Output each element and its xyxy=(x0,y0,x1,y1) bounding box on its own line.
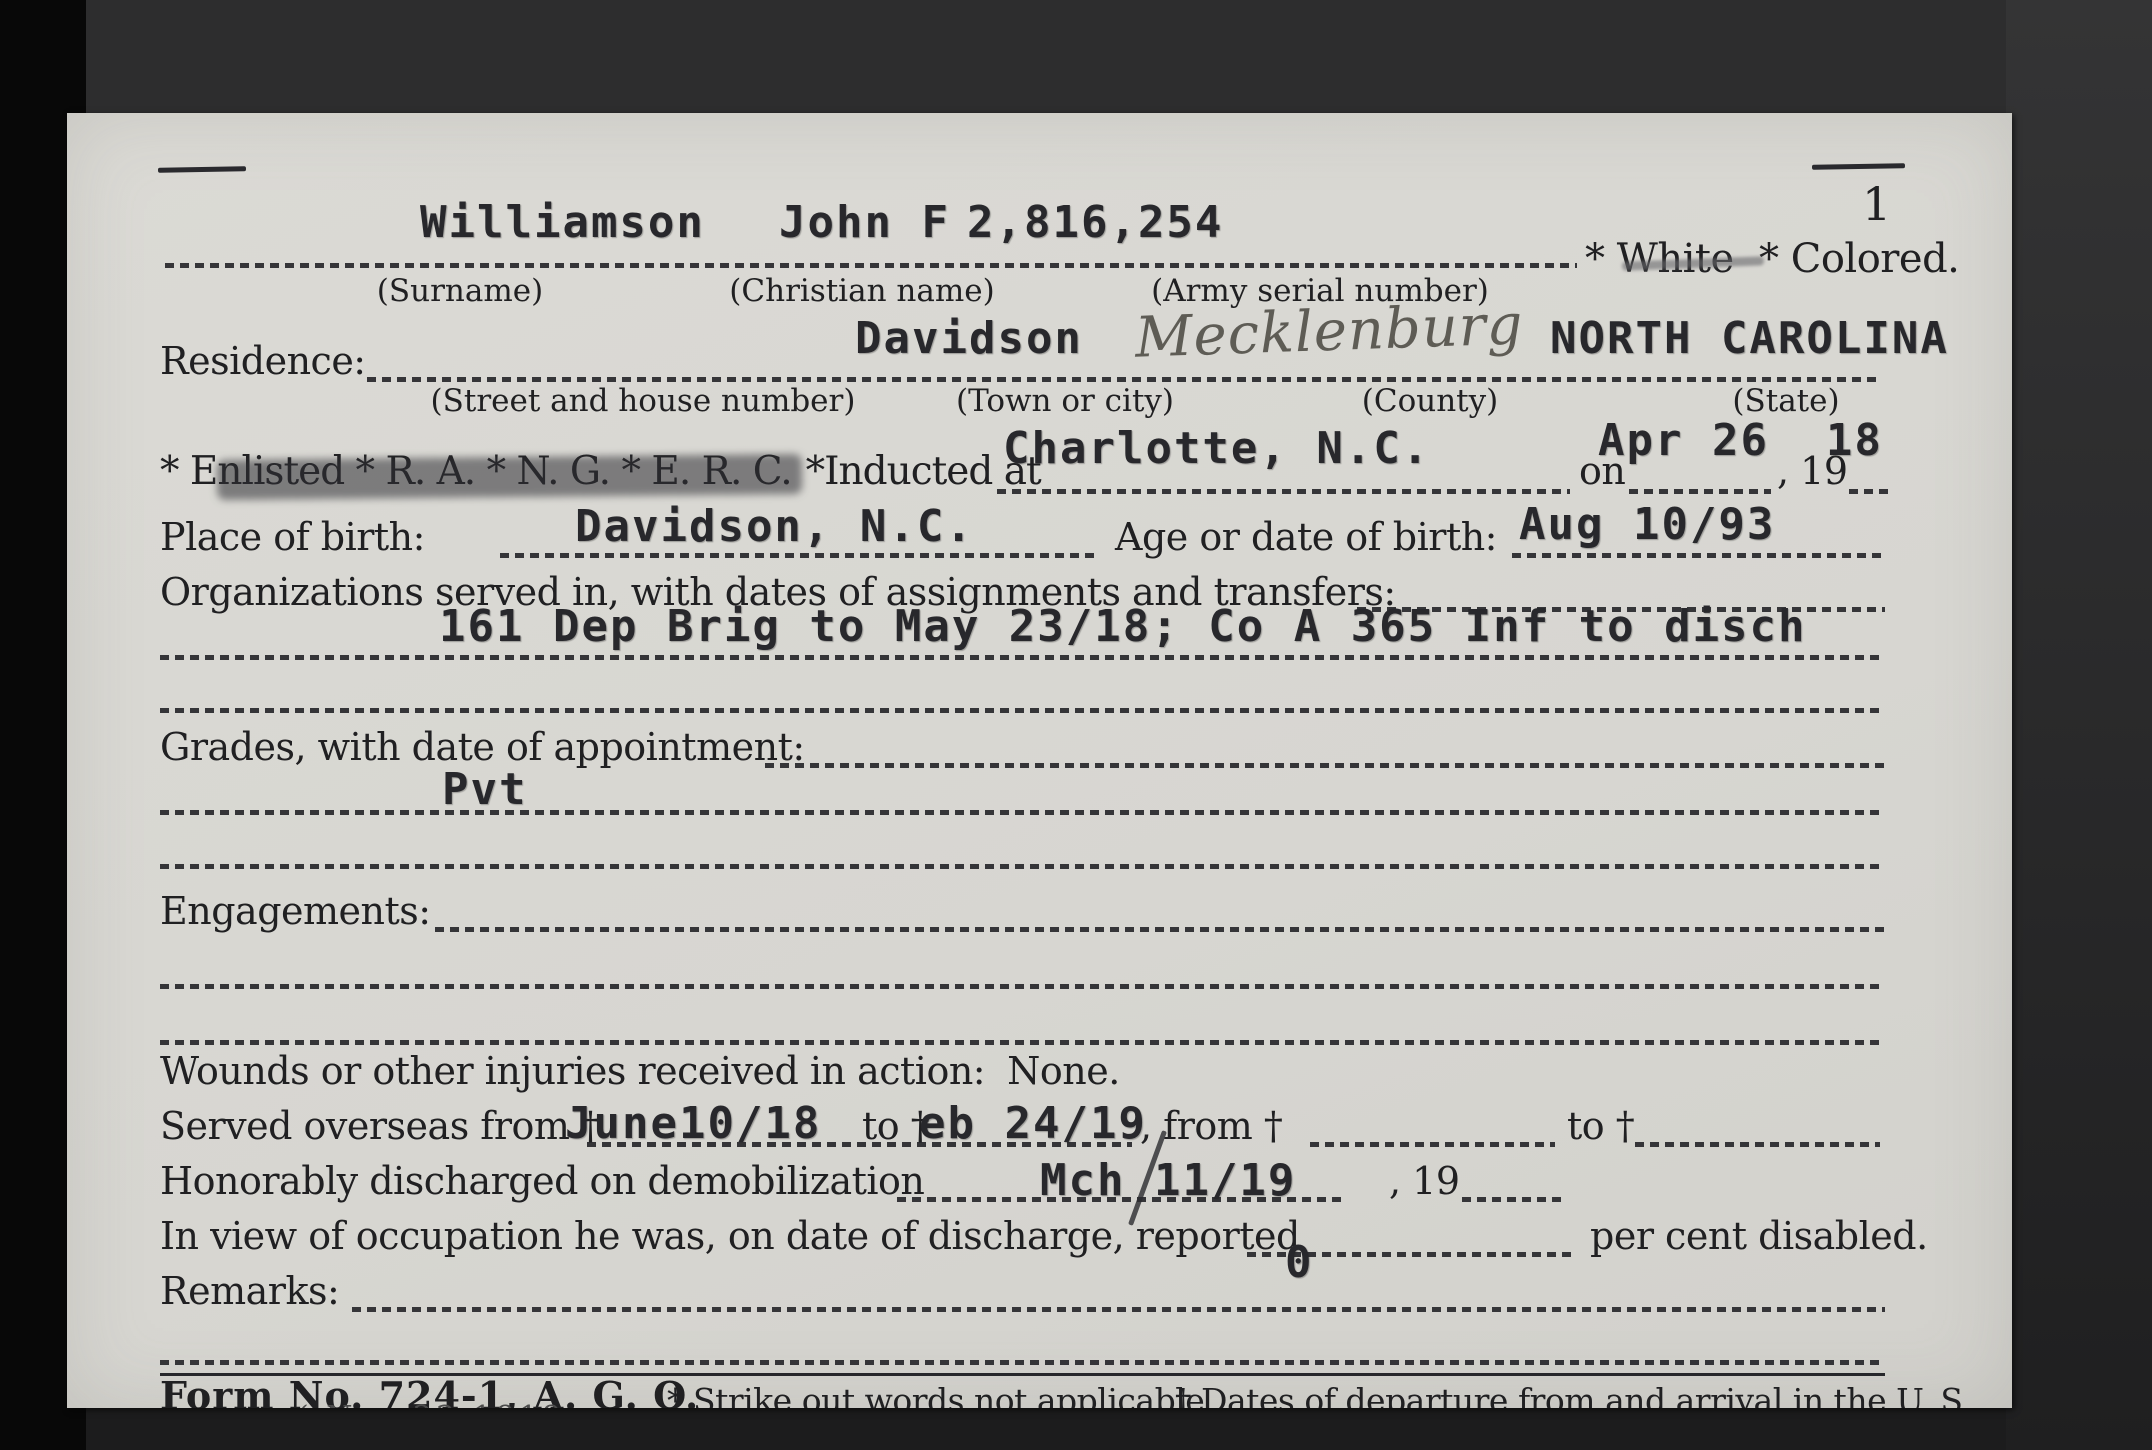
discharge-label: Honorably discharged on demobilization xyxy=(160,1161,924,1203)
blank-rule-line-2 xyxy=(160,864,1885,869)
residence-rule-line xyxy=(367,377,1880,382)
birthdate-rule-line xyxy=(1512,553,1885,558)
engagements-rule-line xyxy=(435,927,1885,932)
bottom-dashed-rule-line xyxy=(160,1360,1885,1365)
scan-background-bottom xyxy=(86,1402,2006,1450)
enlisted-options-smear-strikethrough xyxy=(217,454,802,500)
birthdate-label: Age or date of birth: xyxy=(1115,517,1497,559)
typed-birthdate: Aug 10/93 xyxy=(1519,503,1775,547)
inducted-year-rule-line xyxy=(1849,489,1889,494)
remarks-rule-line xyxy=(352,1307,1885,1312)
wounds-row: Wounds or other injuries received in act… xyxy=(160,1051,1120,1093)
page-number-overline xyxy=(1812,163,1905,170)
county-label: (County) xyxy=(1362,383,1498,419)
overseas-from2-rule-line xyxy=(1310,1142,1555,1147)
typed-residence-town: Davidson xyxy=(855,317,1083,361)
wounds-value: None. xyxy=(1007,1051,1120,1093)
overseas-from-label: Served overseas from † xyxy=(160,1106,600,1148)
remarks-label: Remarks: xyxy=(160,1271,339,1313)
scan-background-top xyxy=(86,0,2152,118)
race-option-colored: * Colored. xyxy=(1759,237,1959,281)
typed-discharge-date: Mch 11/19 xyxy=(1040,1159,1296,1203)
birthplace-rule-line xyxy=(500,553,1095,558)
footnote-strike-out: * Strike out words not applicable. xyxy=(667,1383,1214,1408)
blank-rule-line-4 xyxy=(160,1040,1885,1045)
birthplace-label: Place of birth: xyxy=(160,517,425,559)
wounds-label: Wounds or other injuries received in act… xyxy=(160,1051,985,1093)
typed-surname: Williamson xyxy=(420,201,705,245)
residence-label: Residence: xyxy=(160,341,366,383)
grades-rule-line xyxy=(765,763,1885,768)
grades-value-rule-line xyxy=(160,810,1885,815)
typed-overseas-from-date: June10/18 xyxy=(565,1102,821,1146)
surname-label: (Surname) xyxy=(377,273,543,309)
disability-label: In view of occupation he was, on date of… xyxy=(160,1216,1300,1258)
disability-suffix-label: per cent disabled. xyxy=(1590,1216,1928,1258)
overseas-to2-rule-line xyxy=(1635,1142,1880,1147)
typed-disability-percent: 0 xyxy=(1285,1241,1314,1285)
top-left-tick-mark xyxy=(158,166,246,173)
page-number: 1 xyxy=(1862,179,1891,230)
typed-induction-place: Charlotte, N.C. xyxy=(1003,427,1430,471)
scan-background-right xyxy=(2006,0,2152,1450)
typed-christian-name: John F xyxy=(779,201,950,245)
street-label: (Street and house number) xyxy=(431,383,856,419)
typed-grade-value: Pvt xyxy=(442,768,527,812)
organizations-value-rule-line xyxy=(160,655,1885,660)
overseas-to2-label: to † xyxy=(1567,1106,1634,1148)
typed-birthplace: Davidson, N.C. xyxy=(575,505,974,549)
blank-rule-line-1 xyxy=(160,708,1885,713)
form-date-partial: ( Nov 22 1919 xyxy=(297,1401,565,1408)
handwritten-residence-county: Mecklenburg xyxy=(1134,292,1524,371)
typed-organizations-value: 161 Dep Brig to May 23/18; Co A 365 Inf … xyxy=(439,605,1807,649)
town-label: (Town or city) xyxy=(956,383,1174,419)
discharge-year-rule-line xyxy=(1462,1197,1562,1202)
state-label: (State) xyxy=(1732,383,1839,419)
blank-rule-line-3 xyxy=(160,984,1885,989)
typed-induction-date: Apr 26 18 xyxy=(1598,419,1883,463)
typed-serial-number: 2,816,254 xyxy=(967,201,1223,245)
discharge-year-label: , 19 xyxy=(1389,1161,1460,1203)
service-record-card: 1 Williamson John F 2,816,254 * White * … xyxy=(67,113,2012,1408)
engagements-label: Engagements: xyxy=(160,891,431,933)
typed-overseas-to-date: eb 24/19 xyxy=(919,1102,1147,1146)
typed-residence-state: NORTH CAROLINA xyxy=(1550,317,1949,361)
inducted-at-rule-line xyxy=(997,489,1570,494)
footnote-dagger-dates: † Dates of departure from and arrival in… xyxy=(1175,1383,1971,1408)
name-rule-line xyxy=(165,263,1577,268)
grades-label: Grades, with date of appointment: xyxy=(160,727,805,769)
christian-name-label: (Christian name) xyxy=(729,273,994,309)
inducted-on-rule-line xyxy=(1629,489,1771,494)
